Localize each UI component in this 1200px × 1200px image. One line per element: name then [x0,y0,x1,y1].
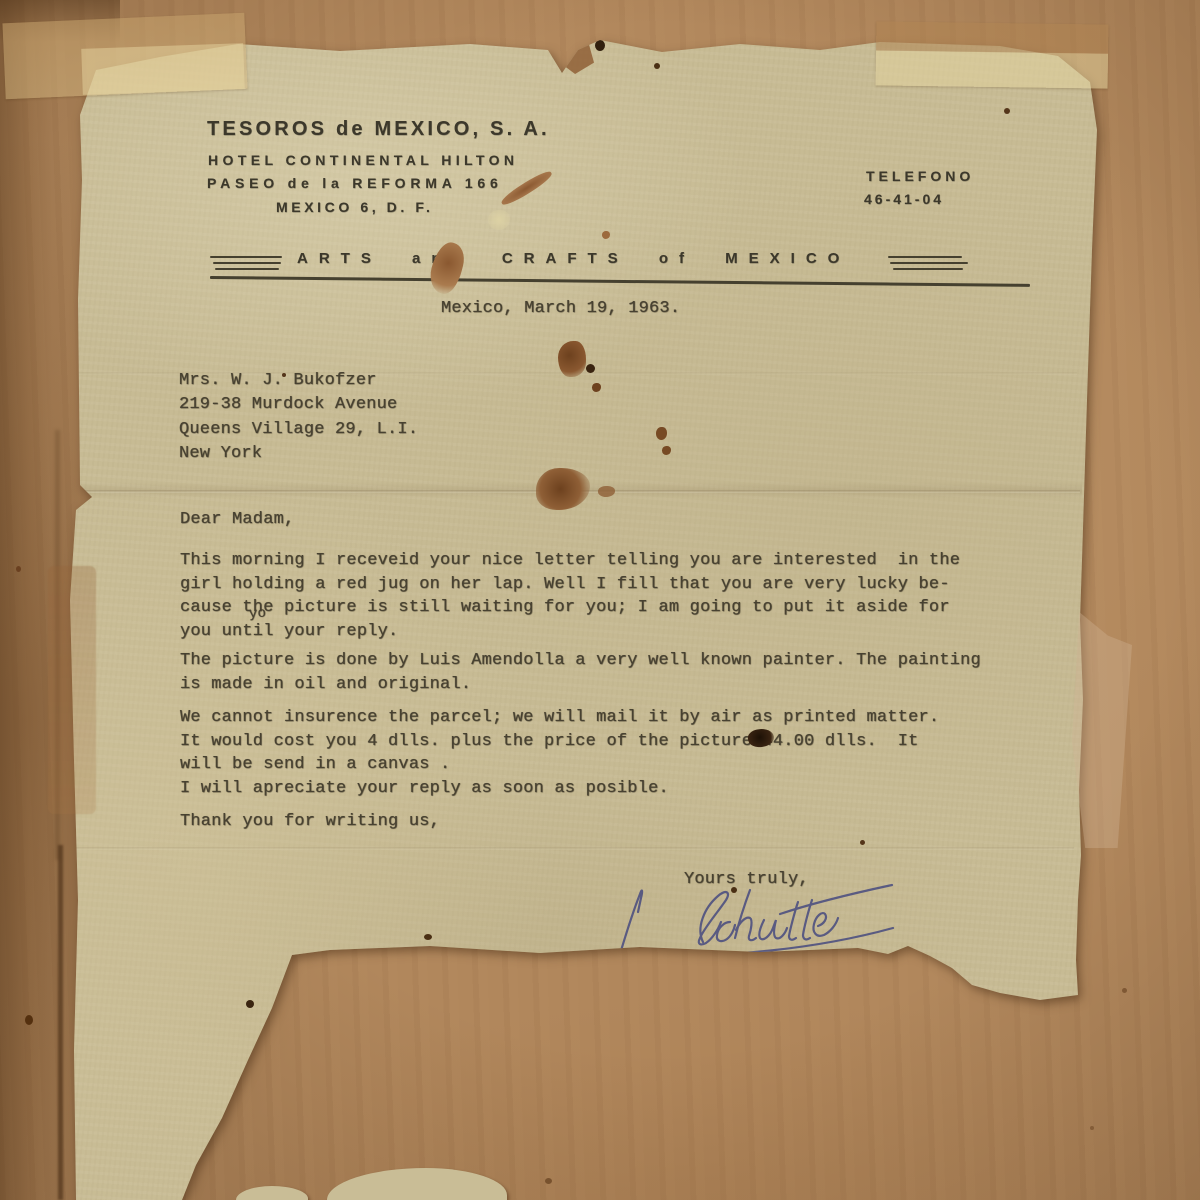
stain [662,446,671,455]
letterhead-address-line1: HOTEL CONTINENTAL HILTON [208,152,518,168]
letterhead-banner: ARTS and CRAFTS of MEXICO [297,250,850,267]
date-line: Mexico, March 19, 1963. [441,297,680,321]
tape-top-right [876,21,1109,88]
body-paragraph-3: We cannot insurence the parcel; we will … [180,706,939,800]
banner-rule-left [213,262,281,264]
paper-speck [731,887,737,893]
paper-speck [654,63,660,69]
recipient-address: Mrs. W. J. Bukofzer 219-38 Murdock Avenu… [179,369,418,466]
signature-initial-stroke [620,891,642,954]
banner-rule-right [893,268,963,270]
signature-handwriting [600,878,910,978]
body-paragraph-1: This morning I receveid your nice letter… [180,549,960,643]
banner-rule-left [215,268,279,270]
stain [426,239,468,297]
tape-residue-left [48,566,96,814]
stain [488,210,510,230]
letterhead-address-line3: MEXICO 6, D. F. [276,199,433,215]
stain [558,341,586,377]
letterhead-address-line2: PASEO de la REFORMA 166 [207,175,503,191]
stain [592,383,601,392]
letterhead-telefono-number: 46-41-04 [864,191,944,207]
letter-paper: TESOROS de MEXICO, S. A. HOTEL CONTINENT… [0,0,1200,1200]
closing-thanks: Thank you for writing us, [180,810,440,834]
banner-rule-right [888,256,962,258]
paper-speck [595,40,605,51]
tape-top-left-overlap [81,43,245,95]
banner-rule-left [210,256,282,258]
letterhead-company: TESOROS de MEXICO, S. A. [207,118,550,141]
paper-speck [1004,108,1010,114]
paper-speck [282,373,286,377]
stain [656,427,667,440]
paper-speck [246,1000,254,1008]
photo-of-letter-on-cardboard: TESOROS de MEXICO, S. A. HOTEL CONTINENT… [0,0,1200,1200]
stain [536,468,590,510]
banner-underline [210,276,1030,286]
paper-speck [586,364,595,373]
paper-speck [860,840,865,845]
banner-rule-right [890,262,968,264]
overstrike-correction: yo [248,603,266,627]
salutation: Dear Madam, [180,508,294,532]
letterhead-telefono-label: TELEFONO [866,168,974,184]
body-paragraph-2: The picture is done by Luis Amendolla a … [180,649,981,696]
paper-speck [424,934,432,940]
letter-paper-wrapper: TESOROS de MEXICO, S. A. HOTEL CONTINENT… [0,0,1200,1200]
stain [499,168,554,208]
fold-crease [72,847,1074,850]
stain [572,219,596,239]
stain [602,231,610,239]
torn-edge-stain [552,36,594,74]
